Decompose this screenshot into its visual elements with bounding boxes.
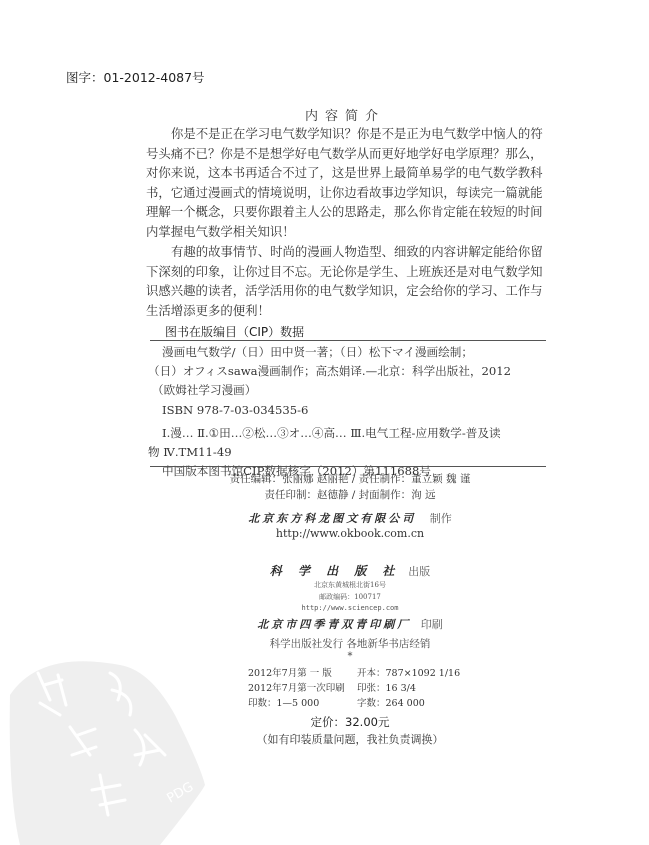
spec-printing: 2012年7月第一次印刷: [248, 680, 345, 694]
cip-bottom-rule: [150, 466, 546, 467]
publisher-name: 科 学 出 版 社: [270, 564, 401, 578]
publisher-role: 出版: [408, 565, 430, 578]
producer-line: 北京东方科龙图文有限公司 制作: [0, 510, 649, 526]
publisher-url: http://www.sciencep.com: [0, 604, 649, 612]
cip-data-block: 漫画电气数学/（日）田中贤一著；（日）松下マイ漫画绘制； （日）オフィスsawa…: [148, 343, 511, 481]
cip-line: 漫画电气数学/（日）田中贤一著；（日）松下マイ漫画绘制；: [148, 343, 511, 362]
intro-line: 生活增添更多的便利！: [146, 301, 546, 321]
credits-editors: 责任编辑：张丽娜 赵丽艳 / 责任制作：董立颖 魏 谨: [0, 471, 649, 486]
producer-role: 制作: [430, 512, 452, 525]
credits-production: 责任印制：赵德静 / 封面制作：洵 远: [0, 487, 649, 502]
cip-line: （欧姆社学习漫画）: [148, 381, 511, 400]
seal-icon: PDG: [0, 655, 215, 845]
printer-line: 北京市四季青双青印刷厂 印刷: [0, 616, 649, 632]
spec-sheets: 印张：16 3/4: [357, 680, 416, 694]
intro-title: 内容简介: [0, 105, 649, 124]
intro-line: 对你来说，这本书再适合不过了，这是世界上最简单易学的电气数学教科: [146, 163, 546, 183]
spec-word-count: 字数：264 000: [357, 695, 425, 709]
publisher-postcode: 邮政编码：100717: [0, 592, 649, 602]
intro-line: 你是不是正在学习电气数学知识？你是不是正为电气数学中恼人的符: [146, 124, 546, 144]
cip-line: （日）オフィスsawa漫画制作；高杰娟译.—北京：科学出版社，2012: [148, 362, 511, 381]
publisher-address: 北京东黄城根北街16号: [0, 580, 649, 590]
intro-line: 下深刻的印象，让你过目不忘。无论你是学生、上班族还是对电气数学知: [146, 262, 546, 282]
cip-isbn: ISBN 978-7-03-034535-6: [148, 401, 511, 420]
intro-line: 书，它通过漫画式的情境说明，让你边看故事边学知识，每读完一篇就能: [146, 183, 546, 203]
distribution-line: 科学出版社发行 各地新华书店经销: [0, 636, 649, 651]
intro-line: 识感兴趣的读者，活学活用你的电气数学知识，定会给你的学习、工作与: [146, 281, 546, 301]
cip-line: Ⅰ.漫… Ⅱ.①田…②松…③オ…④高… Ⅲ.电气工程-应用数学-普及读: [148, 424, 511, 443]
intro-paragraph-1: 你是不是正在学习电气数学知识？你是不是正为电气数学中恼人的符 号头痛不已？你是不…: [146, 124, 546, 242]
intro-line: 号头痛不已？你是不是想学好电气数学从而更好地学好电学原理？那么，: [146, 144, 546, 164]
intro-line: 理解一个概念，只要你跟着主人公的思路走，那么你肯定能在较短的时间: [146, 202, 546, 222]
producer-name: 北京东方科龙图文有限公司: [248, 512, 416, 525]
spec-format: 开本：787×1092 1/16: [357, 665, 460, 679]
cip-top-rule: [150, 340, 546, 341]
publisher-line: 科 学 出 版 社 出版: [0, 562, 649, 579]
producer-url: http://www.okbook.com.cn: [0, 527, 649, 540]
intro-line: 有趣的故事情节、时尚的漫画人物造型、细致的内容讲解定能给你留: [146, 242, 546, 262]
copyright-registration-number: 图字：01-2012-4087号: [66, 68, 205, 86]
cip-line: 物 Ⅳ.TM11-49: [148, 443, 511, 462]
cip-header: 图书在版编目（CIP）数据: [165, 323, 304, 340]
intro-line: 内掌握电气数学相关知识！: [146, 222, 546, 242]
seal-watermark: PDG: [0, 655, 215, 845]
printer-name: 北京市四季青双青印刷厂: [257, 618, 411, 631]
printer-role: 印刷: [421, 618, 443, 631]
spec-edition: 2012年7月第 一 版: [248, 665, 332, 679]
spec-print-run: 印数：1—5 000: [248, 695, 319, 709]
intro-paragraph-2: 有趣的故事情节、时尚的漫画人物造型、细致的内容讲解定能给你留 下深刻的印象，让你…: [146, 242, 546, 320]
